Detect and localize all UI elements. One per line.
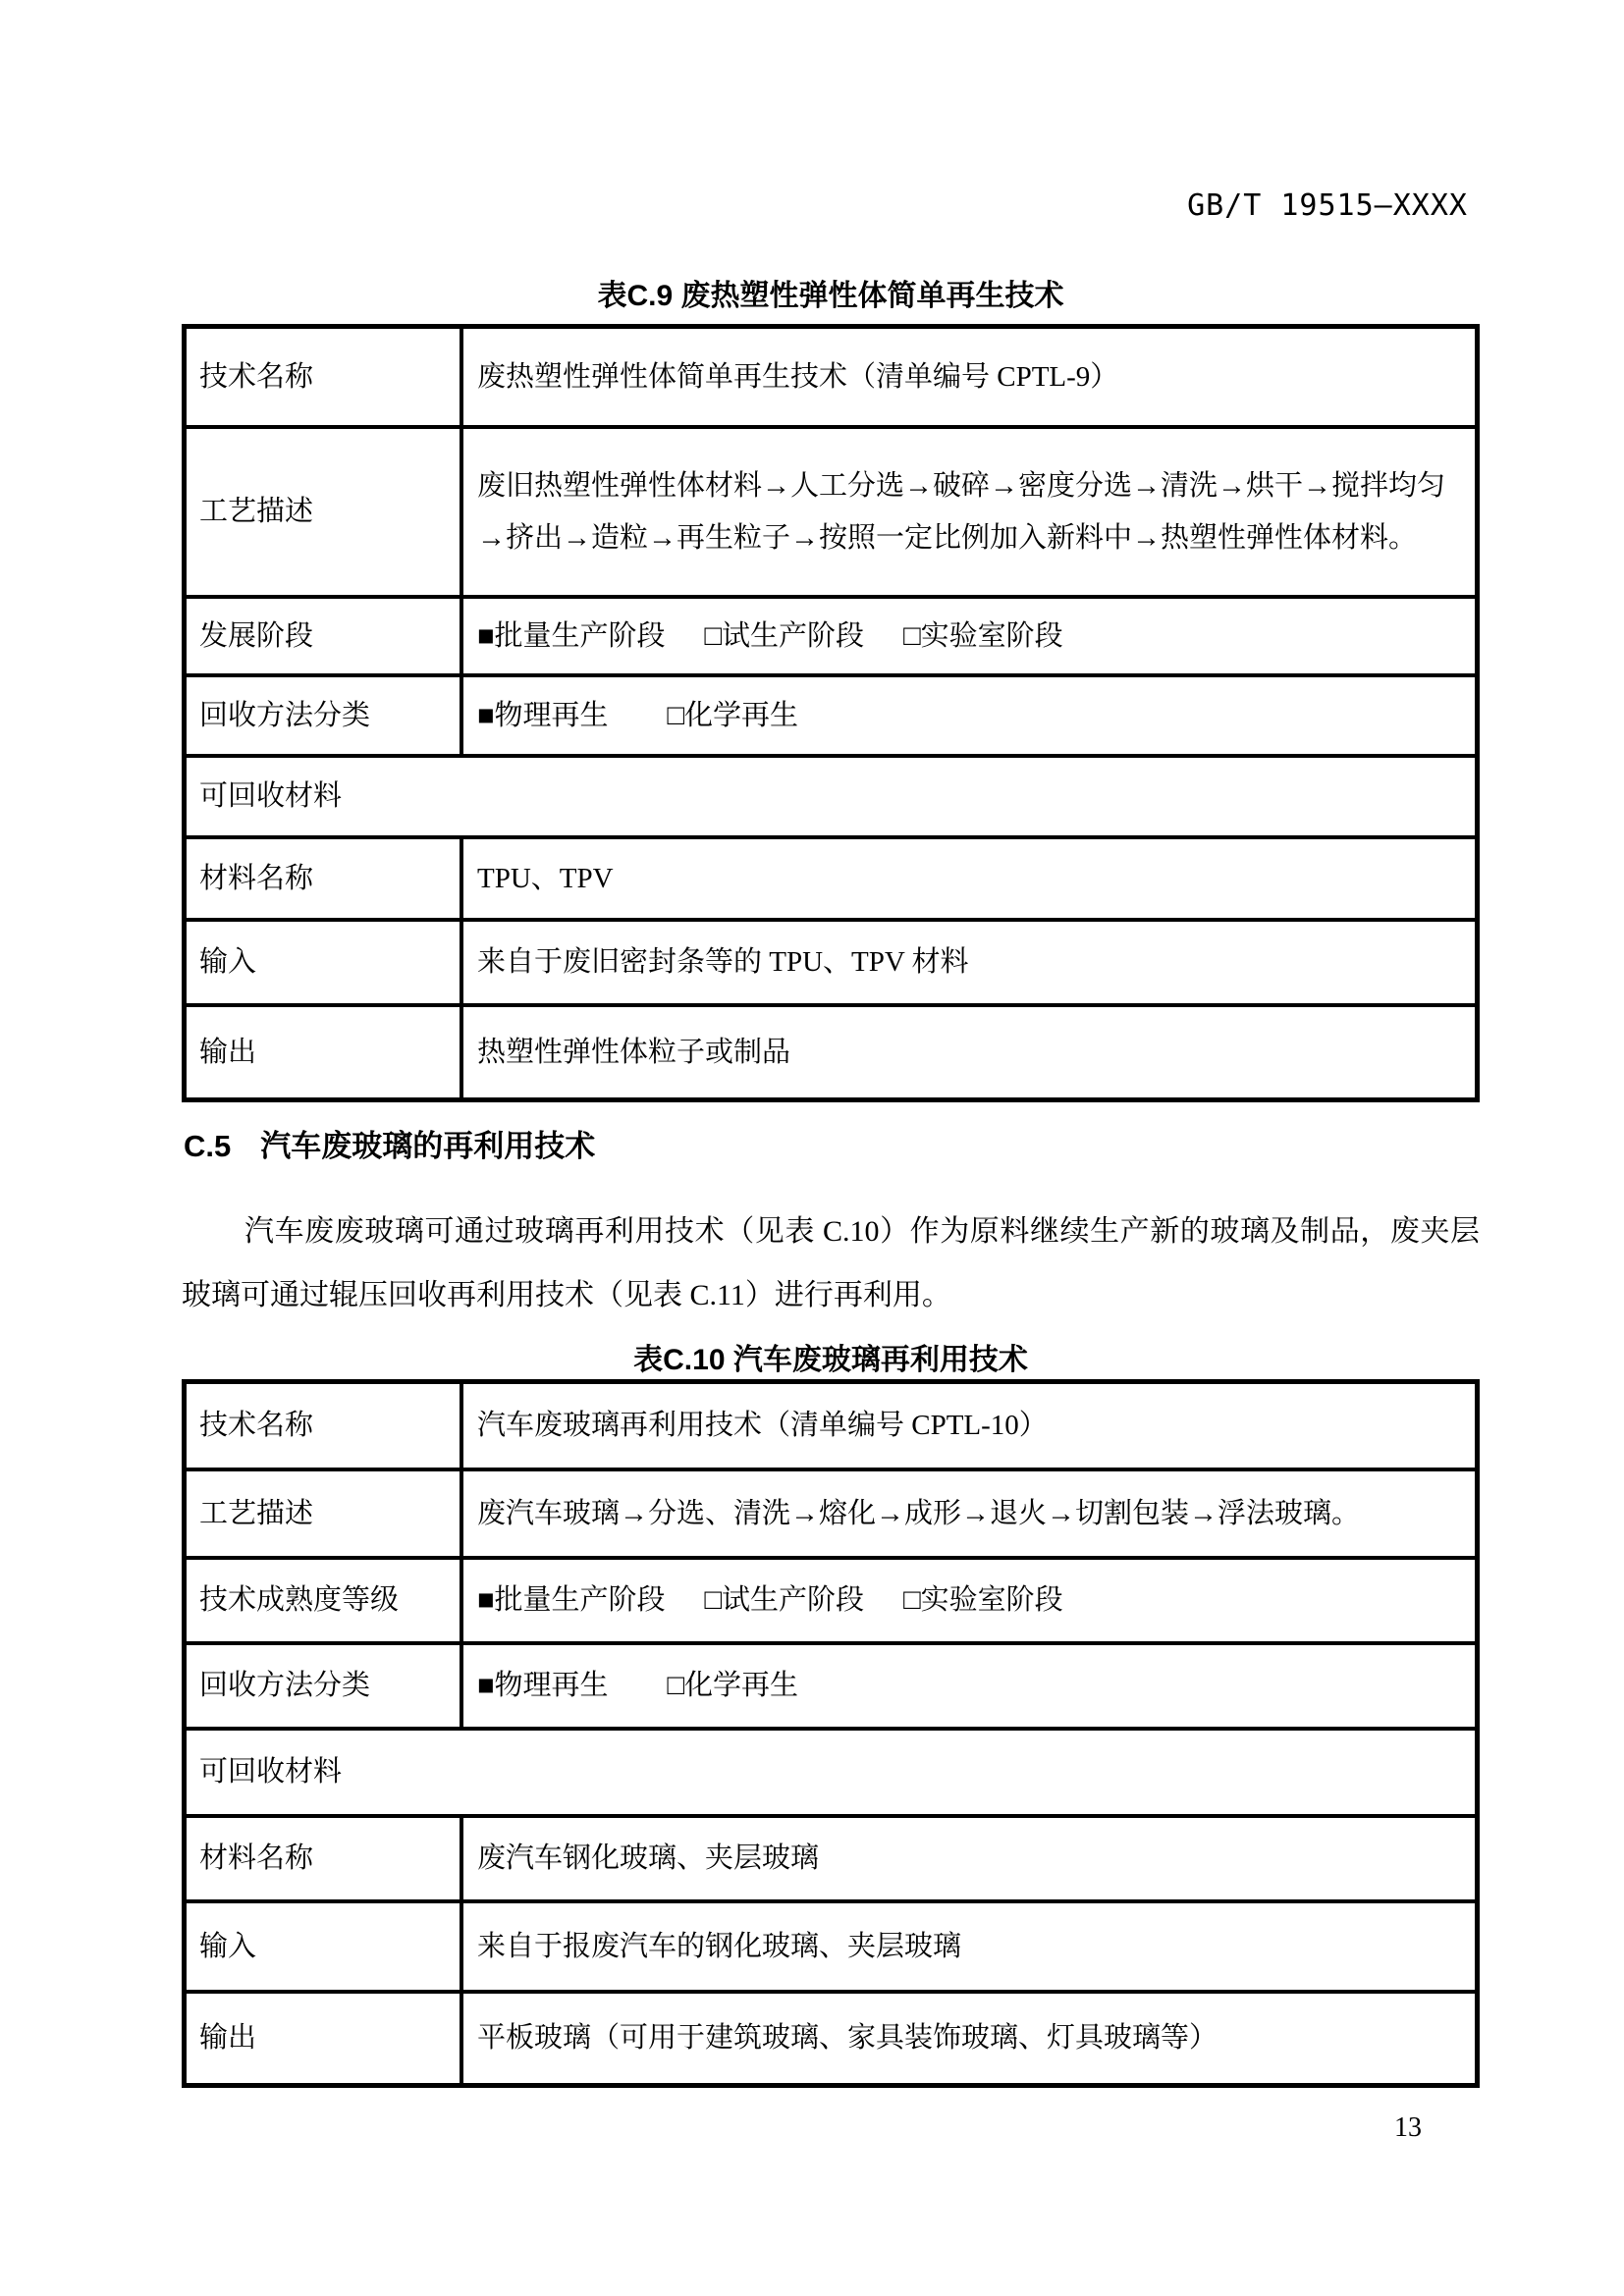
row-label: 输出	[187, 1994, 463, 2083]
checkbox-option-group: ■物理再生 □化学再生	[477, 690, 798, 741]
table-c9-title: 表C.9 废热塑性弹性体简单再生技术	[182, 271, 1480, 314]
row-label: 可回收材料	[187, 758, 1475, 835]
checkbox-option: ■物理再生	[477, 690, 609, 741]
table-row: 材料名称 废汽车钢化玻璃、夹层玻璃	[187, 1814, 1475, 1899]
checkbox-option: □实验室阶段	[903, 611, 1063, 662]
row-value: ■批量生产阶段 □试生产阶段 □实验室阶段	[463, 1560, 1475, 1641]
row-value: 平板玻璃（可用于建筑玻璃、家具装饰玻璃、灯具玻璃等）	[463, 1994, 1475, 2083]
row-label: 可回收材料	[187, 1731, 1475, 1814]
checkbox-option: ■物理再生	[477, 1660, 609, 1711]
row-value: 热塑性弹性体粒子或制品	[463, 1007, 1475, 1097]
row-value: 来自于报废汽车的钢化玻璃、夹层玻璃	[463, 1903, 1475, 1990]
page-number: 13	[1394, 2112, 1422, 2144]
row-value: 汽车废玻璃再利用技术（清单编号 CPTL-10）	[463, 1384, 1475, 1468]
checkbox-option: □化学再生	[668, 690, 799, 741]
table-c9: 技术名称 废热塑性弹性体简单再生技术（清单编号 CPTL-9） 工艺描述 废旧热…	[182, 324, 1480, 1102]
table-row: 回收方法分类 ■物理再生 □化学再生	[187, 1641, 1475, 1727]
table-row: 输入 来自于报废汽车的钢化玻璃、夹层玻璃	[187, 1899, 1475, 1990]
row-label: 工艺描述	[187, 1471, 463, 1556]
checkbox-option: ■批量生产阶段	[477, 611, 666, 662]
row-value: ■物理再生 □化学再生	[463, 677, 1475, 754]
table-row: 发展阶段 ■批量生产阶段 □试生产阶段 □实验室阶段	[187, 595, 1475, 673]
checkbox-option: □试生产阶段	[705, 611, 865, 662]
section-c5-paragraph: 汽车废废玻璃可通过玻璃再利用技术（见表 C.10）作为原料继续生产新的玻璃及制品…	[182, 1200, 1480, 1327]
table-row: 输出 热塑性弹性体粒子或制品	[187, 1003, 1475, 1097]
table-c10: 技术名称 汽车废玻璃再利用技术（清单编号 CPTL-10） 工艺描述 废汽车玻璃…	[182, 1379, 1480, 2088]
table-row: 输入 来自于废旧密封条等的 TPU、TPV 材料	[187, 918, 1475, 1003]
table-row: 技术名称 废热塑性弹性体简单再生技术（清单编号 CPTL-9）	[187, 329, 1475, 425]
row-label: 技术名称	[187, 1384, 463, 1468]
table-row: 材料名称 TPU、TPV	[187, 835, 1475, 918]
row-label: 技术名称	[187, 329, 463, 425]
section-number: C.5	[184, 1129, 231, 1164]
table-c10-title: 表C.10 汽车废玻璃再利用技术	[182, 1335, 1480, 1378]
row-value: 废热塑性弹性体简单再生技术（清单编号 CPTL-9）	[463, 329, 1475, 425]
table-row: 可回收材料	[187, 754, 1475, 835]
checkbox-option: □实验室阶段	[903, 1575, 1063, 1626]
row-label: 输出	[187, 1007, 463, 1097]
row-label: 材料名称	[187, 1818, 463, 1899]
row-value: 废旧热塑性弹性体材料→人工分选→破碎→密度分选→清洗→烘干→搅拌均匀→挤出→造粒…	[463, 429, 1475, 595]
row-value: ■物理再生 □化学再生	[463, 1645, 1475, 1727]
checkbox-option-group: ■批量生产阶段 □试生产阶段 □实验室阶段	[477, 611, 1063, 662]
row-value: TPU、TPV	[463, 839, 1475, 918]
standard-number-header: GB/T 19515—XXXX	[182, 188, 1468, 223]
row-label: 材料名称	[187, 839, 463, 918]
table-row: 回收方法分类 ■物理再生 □化学再生	[187, 673, 1475, 754]
section-c5-heading: C.5 汽车废玻璃的再利用技术	[184, 1121, 595, 1165]
document-page: { "page": { "header": "GB/T 19515—XXXX",…	[0, 0, 1624, 2296]
row-value: 废汽车玻璃→分选、清洗→熔化→成形→退火→切割包装→浮法玻璃。	[463, 1471, 1475, 1556]
table-row: 工艺描述 废汽车玻璃→分选、清洗→熔化→成形→退火→切割包装→浮法玻璃。	[187, 1468, 1475, 1556]
table-row: 技术名称 汽车废玻璃再利用技术（清单编号 CPTL-10）	[187, 1384, 1475, 1468]
table-row: 输出 平板玻璃（可用于建筑玻璃、家具装饰玻璃、灯具玻璃等）	[187, 1990, 1475, 2083]
row-label: 输入	[187, 922, 463, 1003]
table-row: 可回收材料	[187, 1727, 1475, 1814]
table-row: 工艺描述 废旧热塑性弹性体材料→人工分选→破碎→密度分选→清洗→烘干→搅拌均匀→…	[187, 425, 1475, 595]
table-row: 技术成熟度等级 ■批量生产阶段 □试生产阶段 □实验室阶段	[187, 1556, 1475, 1641]
row-label: 工艺描述	[187, 429, 463, 595]
row-value: 来自于废旧密封条等的 TPU、TPV 材料	[463, 922, 1475, 1003]
row-label: 技术成熟度等级	[187, 1560, 463, 1641]
row-label: 发展阶段	[187, 599, 463, 673]
row-label: 回收方法分类	[187, 1645, 463, 1727]
checkbox-option: □化学再生	[668, 1660, 799, 1711]
checkbox-option: □试生产阶段	[705, 1575, 865, 1626]
checkbox-option: ■批量生产阶段	[477, 1575, 666, 1626]
row-value: 废汽车钢化玻璃、夹层玻璃	[463, 1818, 1475, 1899]
row-label: 输入	[187, 1903, 463, 1990]
row-value: ■批量生产阶段 □试生产阶段 □实验室阶段	[463, 599, 1475, 673]
checkbox-option-group: ■物理再生 □化学再生	[477, 1660, 798, 1711]
row-label: 回收方法分类	[187, 677, 463, 754]
checkbox-option-group: ■批量生产阶段 □试生产阶段 □实验室阶段	[477, 1575, 1063, 1626]
section-title: 汽车废玻璃的再利用技术	[260, 1121, 595, 1165]
